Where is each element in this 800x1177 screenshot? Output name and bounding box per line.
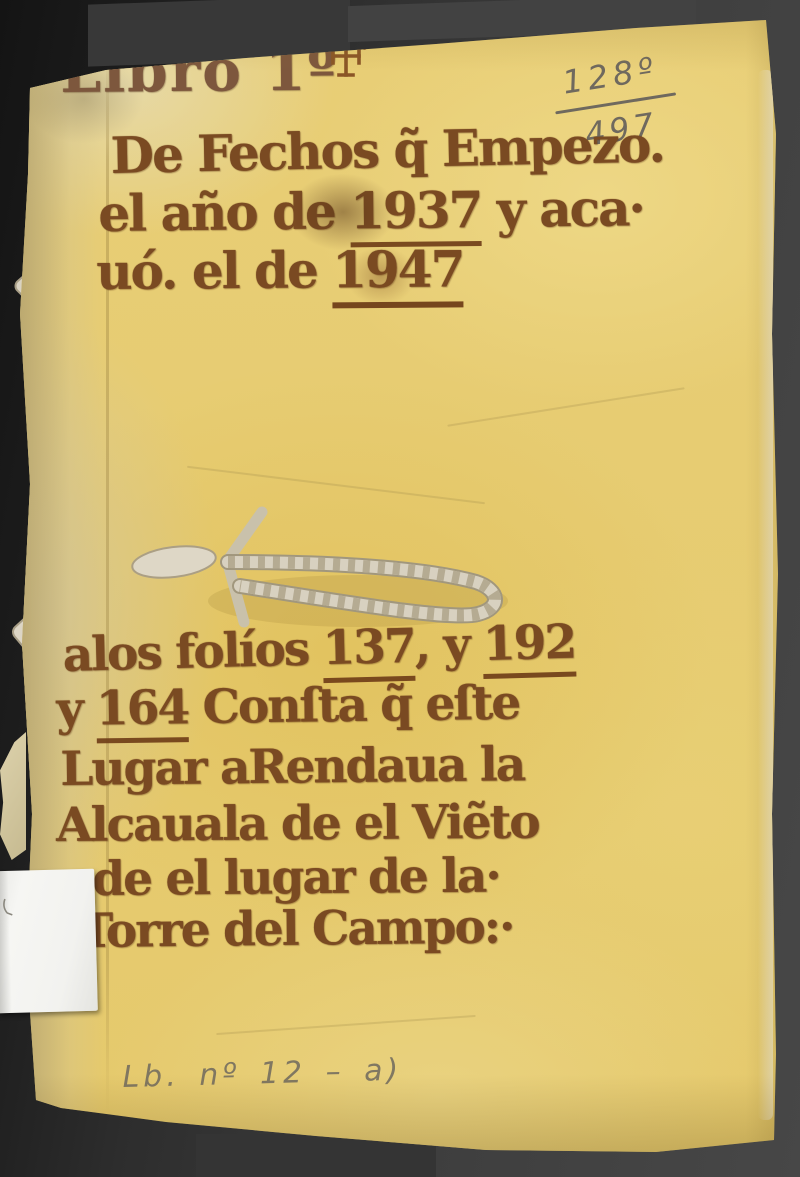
title-end-year: 1947 (332, 239, 464, 308)
title-line-2-pre: el año de (98, 181, 351, 243)
folio-number-192: 192 (482, 615, 576, 679)
title-line-1-text: De Fechos q̃ Empezo. (110, 114, 664, 185)
note-line-2: y 164 Conſta q̃ eſte (56, 676, 520, 737)
title-line-3-pre: uó. el de (96, 240, 332, 301)
note-line-1-pre: alos folíos (62, 621, 323, 683)
note-line-4: Alcauala de el Viẽto (56, 795, 539, 853)
folio-number-164: 164 (96, 680, 189, 743)
title-line-2: el año de 1937 y aca· (98, 178, 644, 243)
crease-line (447, 387, 684, 427)
pencil-bottom-reference: Lb. nº 12 – a) (122, 1053, 403, 1095)
folio-number-137: 137 (322, 619, 416, 683)
parchment-book-cover: Libro 1º 128º 497 De Fechos q̃ Empezo. e… (16, 14, 784, 1154)
title-line-3: uó. el de 1947 (96, 239, 464, 301)
note-line-5: de el lugar de la· (92, 848, 500, 907)
right-folded-edge (758, 70, 773, 1120)
title-line-1: De Fechos q̃ Empezo. (110, 114, 664, 185)
note-line-6: Torre del Campo:· (78, 899, 514, 959)
title-line-2-post: y aca· (481, 178, 644, 239)
note-line-2-pre: y (56, 681, 96, 737)
note-line-2-post: Conſta q̃ eſte (188, 676, 520, 736)
parchment-flap (0, 732, 26, 860)
note-line-3: Lugar aRendaua la (60, 737, 524, 797)
label-pencil-mark (1, 893, 26, 924)
title-start-year: 1937 (350, 180, 482, 247)
crease-line (216, 1015, 476, 1035)
note-line-1-mid: , y (414, 617, 484, 674)
photograph-of-manuscript-cover: Libro 1º 128º 497 De Fechos q̃ Empezo. e… (0, 0, 800, 1177)
archive-label-sticker (0, 869, 98, 1014)
